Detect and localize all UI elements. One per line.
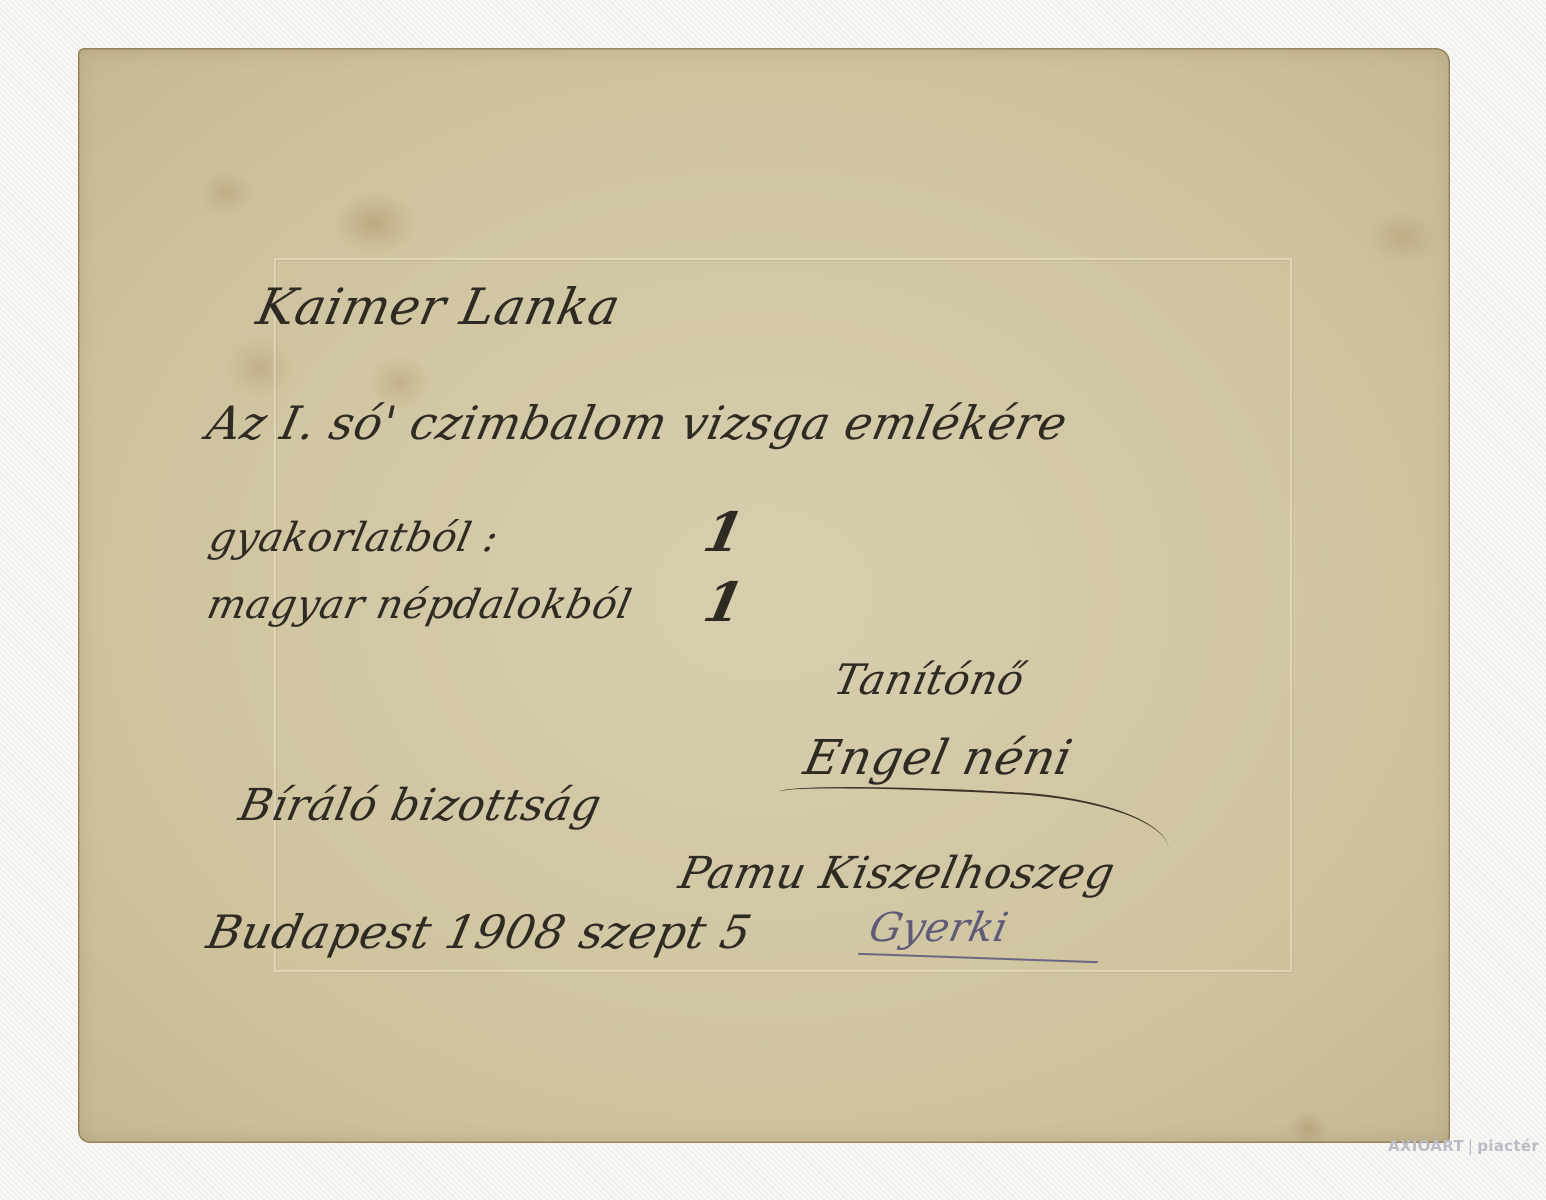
grade-subject-folksongs: magyar népdalokból	[203, 582, 636, 628]
jury-signature: Pamu Kiszelhoszeg	[675, 848, 1120, 899]
watermark-separator: |	[1468, 1137, 1473, 1155]
watermark: AXIOART|piactér	[1388, 1137, 1539, 1155]
occasion-line: Az I. só' czimbalom vizsga emlékére	[202, 396, 1072, 450]
teacher-label: Tanítónő	[830, 655, 1029, 704]
watermark-brand: AXIOART	[1388, 1137, 1464, 1155]
jury-label: Bíráló bizottság	[235, 780, 606, 831]
pencil-signature: Gyerki	[865, 905, 1012, 951]
watermark-section: piactér	[1477, 1137, 1539, 1155]
grade-subject-practice: gyakorlatból :	[205, 515, 503, 561]
recipient-name: Kaimer Lanka	[252, 278, 626, 336]
place-and-date: Budapest 1908 szept 5	[202, 905, 756, 959]
teacher-name: Engel néni	[799, 730, 1077, 786]
